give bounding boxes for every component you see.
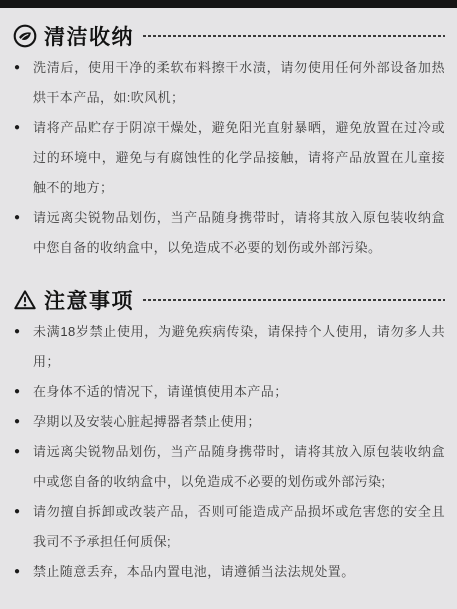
bullet-dot-icon: ● (14, 557, 20, 587)
bullet-dot-icon: ● (14, 407, 20, 437)
notice-item: ● 请远离尖锐物品划伤，当产品随身携带时，请将其放入原包装收纳盒中或您自备的收纳… (13, 437, 445, 497)
notice-text: 在身体不适的情况下，请谨慎使用本产品； (33, 384, 288, 399)
notice-text: 洗清后，使用干净的柔软布料擦干水渍，请勿使用任何外部设备加热烘干本产品，如:吹风… (33, 60, 445, 105)
section-header-precautions: 注意事项 (13, 287, 445, 313)
section-title-precautions: 注意事项 (44, 285, 134, 315)
bullet-dot-icon: ● (14, 437, 20, 467)
dotted-divider (143, 299, 445, 301)
bullet-dot-icon: ● (14, 377, 20, 407)
section-title-cleaning: 清洁收纳 (44, 21, 134, 51)
notice-item: ● 请将产品贮存于阴凉干燥处，避免阳光直射暴晒，避免放置在过冷或过的环境中，避免… (13, 113, 445, 203)
notice-item: ● 未满18岁禁止使用，为避免疾病传染，请保持个人使用，请勿多人共用； (13, 317, 445, 377)
notice-text: 请将产品贮存于阴凉干燥处，避免阳光直射暴晒，避免放置在过冷或过的环境中，避免与有… (33, 120, 445, 195)
bullet-dot-icon: ● (14, 53, 20, 83)
bullet-dot-icon: ● (14, 317, 20, 347)
notice-text: 孕期以及安装心脏起搏器者禁止使用； (33, 414, 261, 429)
notice-item: ● 在身体不适的情况下，请谨慎使用本产品； (13, 377, 445, 407)
cleaning-notice-list: ● 洗清后，使用干净的柔软布料擦干水渍，请勿使用任何外部设备加热烘干本产品，如:… (13, 53, 445, 263)
bullet-dot-icon: ● (14, 203, 20, 233)
notice-text: 禁止随意丢弃，本品内置电池，请遵循当法法规处置。 (33, 564, 355, 579)
notice-text: 未满18岁禁止使用，为避免疾病传染，请保持个人使用，请勿多人共用； (33, 324, 445, 369)
bullet-dot-icon: ● (14, 497, 20, 527)
notice-text: 请勿擅自拆卸或改装产品，否则可能造成产品损坏或危害您的安全且我司不予承担任何质保… (33, 504, 445, 549)
section-precautions: 注意事项 ● 未满18岁禁止使用，为避免疾病传染，请保持个人使用，请勿多人共用；… (13, 287, 445, 587)
notice-item: ● 请勿擅自拆卸或改装产品，否则可能造成产品损坏或危害您的安全且我司不予承担任何… (13, 497, 445, 557)
notice-item: ● 洗清后，使用干净的柔软布料擦干水渍，请勿使用任何外部设备加热烘干本产品，如:… (13, 53, 445, 113)
section-cleaning-storage: 清洁收纳 ● 洗清后，使用干净的柔软布料擦干水渍，请勿使用任何外部设备加热烘干本… (13, 23, 445, 263)
notice-text: 请远离尖锐物品划伤，当产品随身携带时，请将其放入原包装收纳盒中或您自备的收纳盒中… (33, 444, 445, 489)
dotted-divider (143, 35, 445, 37)
manual-page: 清洁收纳 ● 洗清后，使用干净的柔软布料擦干水渍，请勿使用任何外部设备加热烘干本… (0, 23, 457, 587)
notice-text: 请远离尖锐物品划伤，当产品随身携带时，请将其放入原包装收纳盒中您自备的收纳盒中，… (33, 210, 445, 255)
notice-item: ● 请远离尖锐物品划伤，当产品随身携带时，请将其放入原包装收纳盒中您自备的收纳盒… (13, 203, 445, 263)
leaf-check-icon (13, 24, 37, 48)
notice-item: ● 孕期以及安装心脏起搏器者禁止使用； (13, 407, 445, 437)
top-divider-bar (0, 0, 457, 8)
notice-item: ● 禁止随意丢弃，本品内置电池，请遵循当法法规处置。 (13, 557, 445, 587)
precautions-notice-list: ● 未满18岁禁止使用，为避免疾病传染，请保持个人使用，请勿多人共用； ● 在身… (13, 317, 445, 587)
bullet-dot-icon: ● (14, 113, 20, 143)
warning-icon (13, 288, 37, 312)
section-header-cleaning: 清洁收纳 (13, 23, 445, 49)
